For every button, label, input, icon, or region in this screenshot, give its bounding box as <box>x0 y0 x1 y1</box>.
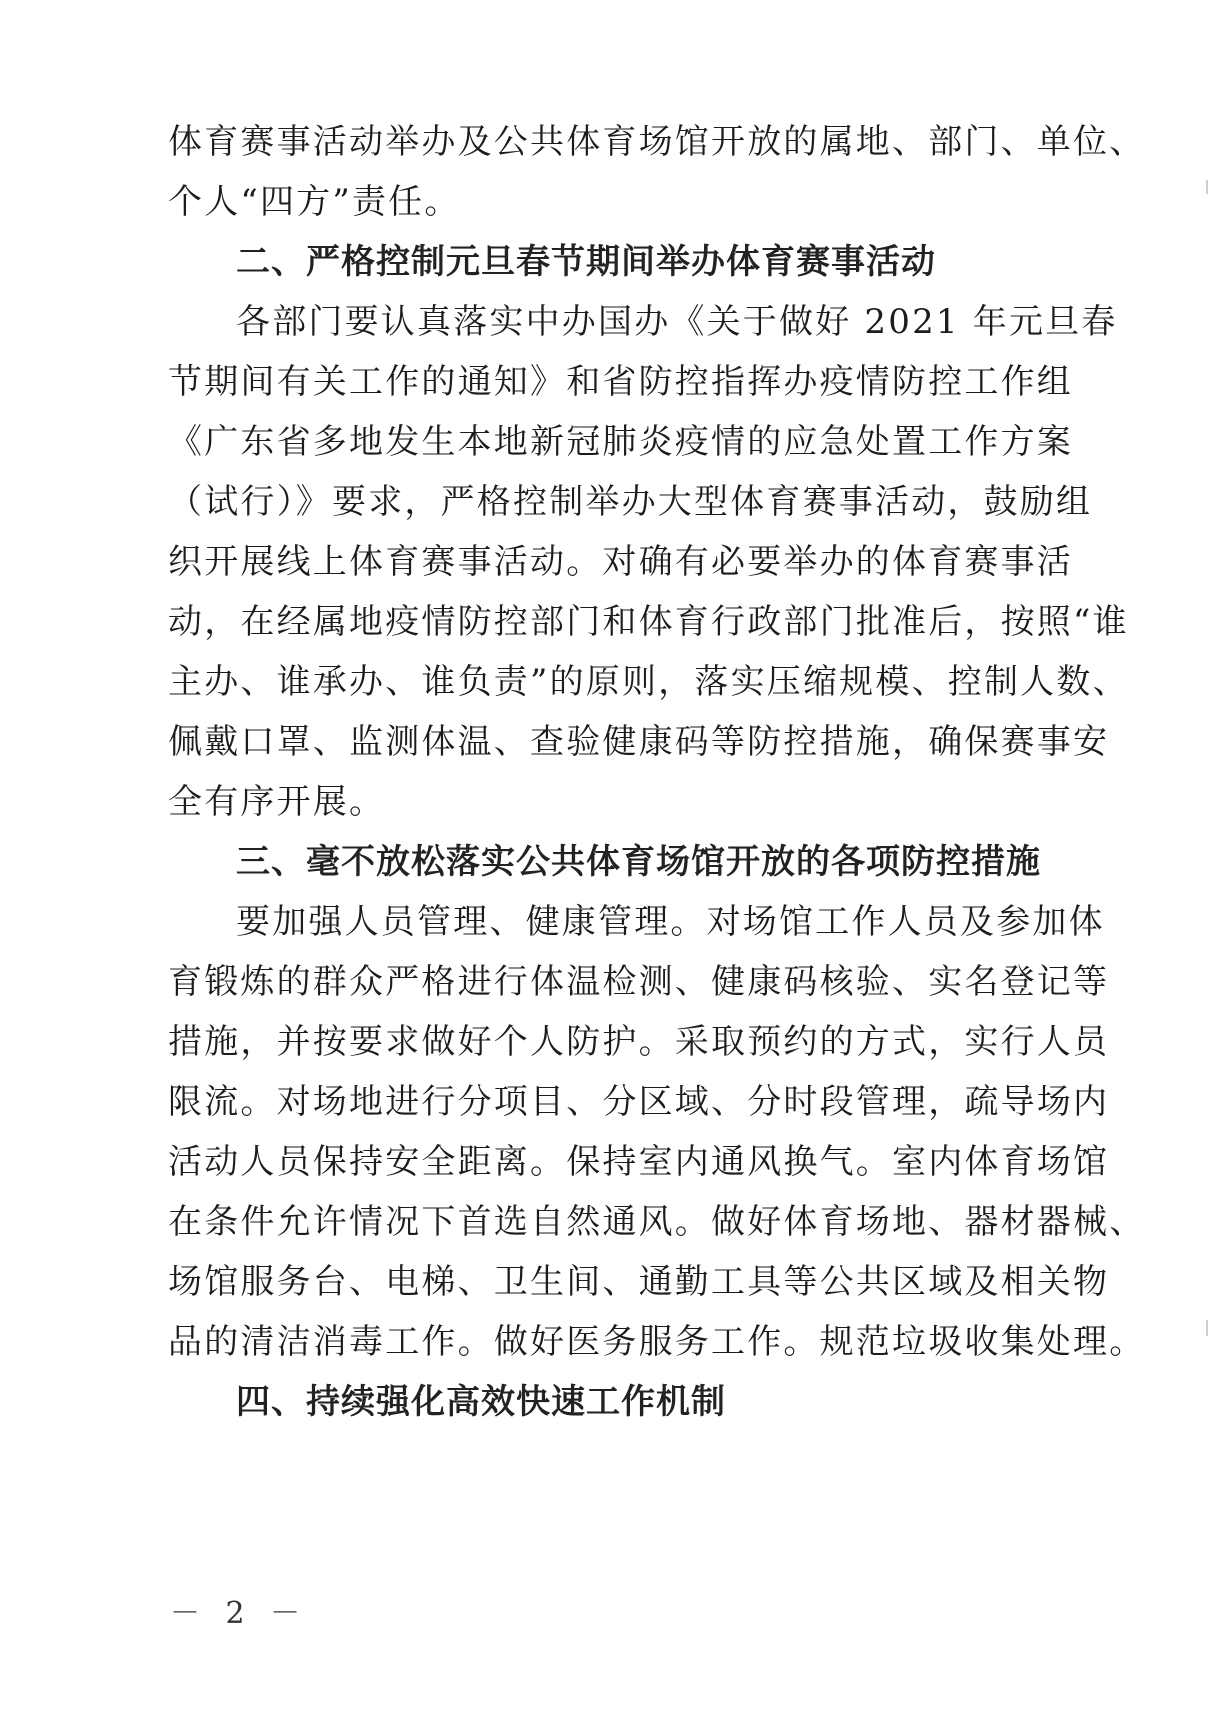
document-page: 体育赛事活动举办及公共体育场馆开放的属地、部门、单位、 个人“四方”责任。 二、… <box>0 0 1212 1714</box>
body-line: 个人“四方”责任。 <box>168 172 1048 232</box>
section-heading-2: 二、严格控制元旦春节期间举办体育赛事活动 <box>236 232 1116 292</box>
body-line: 在条件允许情况下首选自然通风。做好体育场地、器材器械、 <box>168 1192 1048 1252</box>
scan-edge-mark <box>1206 1320 1208 1336</box>
section-heading-3: 三、毫不放松落实公共体育场馆开放的各项防控措施 <box>236 832 1116 892</box>
body-line: 织开展线上体育赛事活动。对确有必要举办的体育赛事活 <box>168 532 1048 592</box>
body-line: 育锻炼的群众严格进行体温检测、健康码核验、实名登记等 <box>168 952 1048 1012</box>
body-line: （试行）》要求，严格控制举办大型体育赛事活动，鼓励组 <box>168 472 1048 532</box>
body-line: 限流。对场地进行分项目、分区域、分时段管理，疏导场内 <box>168 1072 1048 1132</box>
section-heading-4: 四、持续强化高效快速工作机制 <box>236 1372 1116 1432</box>
body-line: 全有序开展。 <box>168 772 1048 832</box>
body-line: 品的清洁消毒工作。做好医务服务工作。规范垃圾收集处理。 <box>168 1312 1048 1372</box>
body-line: 活动人员保持安全距离。保持室内通风换气。室内体育场馆 <box>168 1132 1048 1192</box>
body-line: 主办、谁承办、谁负责”的原则，落实压缩规模、控制人数、 <box>168 652 1048 712</box>
body-line: 措施，并按要求做好个人防护。采取预约的方式，实行人员 <box>168 1012 1048 1072</box>
body-line: 动，在经属地疫情防控部门和体育行政部门批准后，按照“谁 <box>168 592 1048 652</box>
paragraph-start-line: 要加强人员管理、健康管理。对场馆工作人员及参加体 <box>236 892 1048 952</box>
body-line: 佩戴口罩、监测体温、查验健康码等防控措施，确保赛事安 <box>168 712 1048 772</box>
body-line: 体育赛事活动举办及公共体育场馆开放的属地、部门、单位、 <box>168 112 1048 172</box>
body-line: 节期间有关工作的通知》和省防控指挥办疫情防控工作组 <box>168 352 1048 412</box>
body-line: 场馆服务台、电梯、卫生间、通勤工具等公共区域及相关物 <box>168 1252 1048 1312</box>
scan-edge-mark <box>1206 180 1208 194</box>
body-line: 《广东省多地发生本地新冠肺炎疫情的应急处置工作方案 <box>168 412 1048 472</box>
page-number: － 2 － <box>170 1594 308 1634</box>
paragraph-start-line: 各部门要认真落实中办国办《关于做好 2021 年元旦春 <box>236 292 1048 352</box>
